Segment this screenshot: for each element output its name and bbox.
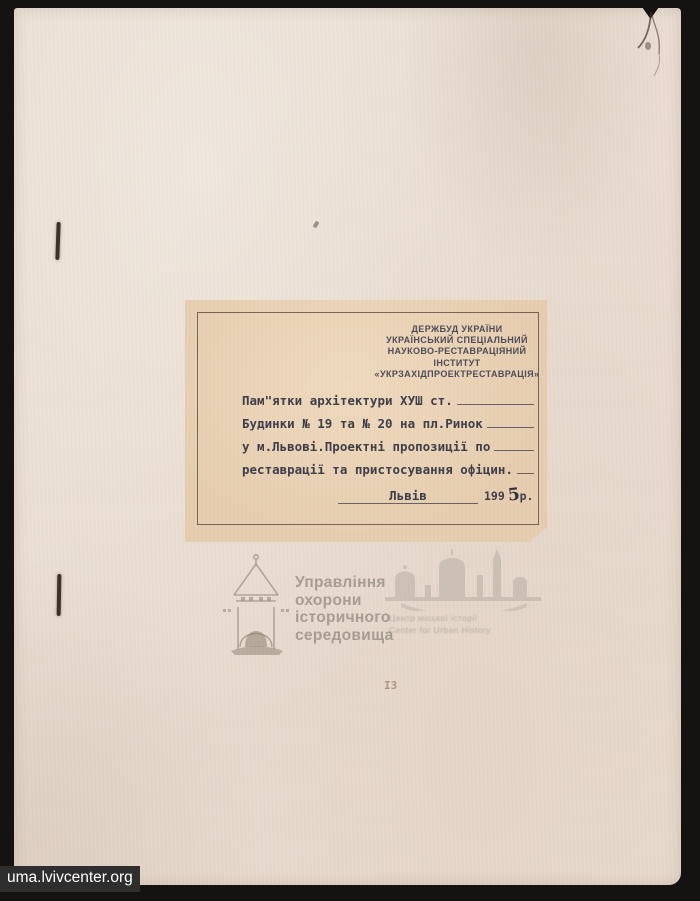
title-label: ДЕРЖБУД УКРАЇНИ УКРАЇНСЬКИЙ СПЕЦІАЛЬНИЙ … [185, 300, 547, 542]
urban-history-skyline-icon [381, 545, 547, 611]
header-line: ДЕРЖБУД УКРАЇНИ [373, 324, 541, 335]
underline-rule [487, 427, 534, 428]
header-line: УКРАЇНСЬКИЙ СПЕЦІАЛЬНИЙ [373, 335, 541, 346]
city-name: Львів [338, 488, 478, 504]
underline-rule [517, 473, 534, 474]
staple-bottom [57, 574, 62, 616]
title-line: у м.Львові.Проектні пропозиції по [242, 439, 534, 462]
underline-rule [457, 404, 534, 405]
place-date-line: Львів 199 5 р. [338, 485, 533, 505]
year-suffix: р. [520, 489, 534, 503]
header-line: ІНСТИТУТ [373, 358, 541, 369]
header-line: НАУКОВО-РЕСТАВРАЦІЯНИЙ [373, 346, 541, 357]
title-line: Будинки № 19 та № 20 на пл.Ринок [242, 416, 534, 439]
title-line: реставрації та пристосування офіцин. [242, 462, 534, 485]
heritage-office-tower-icon [221, 551, 291, 663]
underline-rule [494, 450, 534, 451]
portrait-silhouette [245, 631, 267, 647]
scanned-document: ІЗ ДЕРЖБУД УКРАЇНИ УКРАЇНСЬКИЙ СПЕЦІАЛЬН… [0, 0, 700, 901]
paper-crease [630, 6, 690, 81]
title-line: Пам"ятки архітектури ХУШ ст. [242, 393, 534, 416]
document-title: Пам"ятки архітектури ХУШ ст. Будинки № 1… [242, 393, 534, 485]
handwritten-year-digit: 5 [507, 484, 521, 505]
source-badge: uma.lvivcenter.org [0, 866, 140, 892]
header-line: «УКРЗАХІДПРОЕКТРЕСТАВРАЦІЯ» [373, 369, 541, 380]
heritage-office-watermark-text: Управління охорони історичного середовищ… [295, 574, 394, 644]
urban-history-watermark-text: Центр міської історії Center for Urban H… [389, 613, 491, 636]
institute-header: ДЕРЖБУД УКРАЇНИ УКРАЇНСЬКИЙ СПЕЦІАЛЬНИЙ … [373, 324, 541, 380]
typed-year: 199 [484, 489, 505, 503]
faint-page-mark: ІЗ [384, 679, 397, 692]
